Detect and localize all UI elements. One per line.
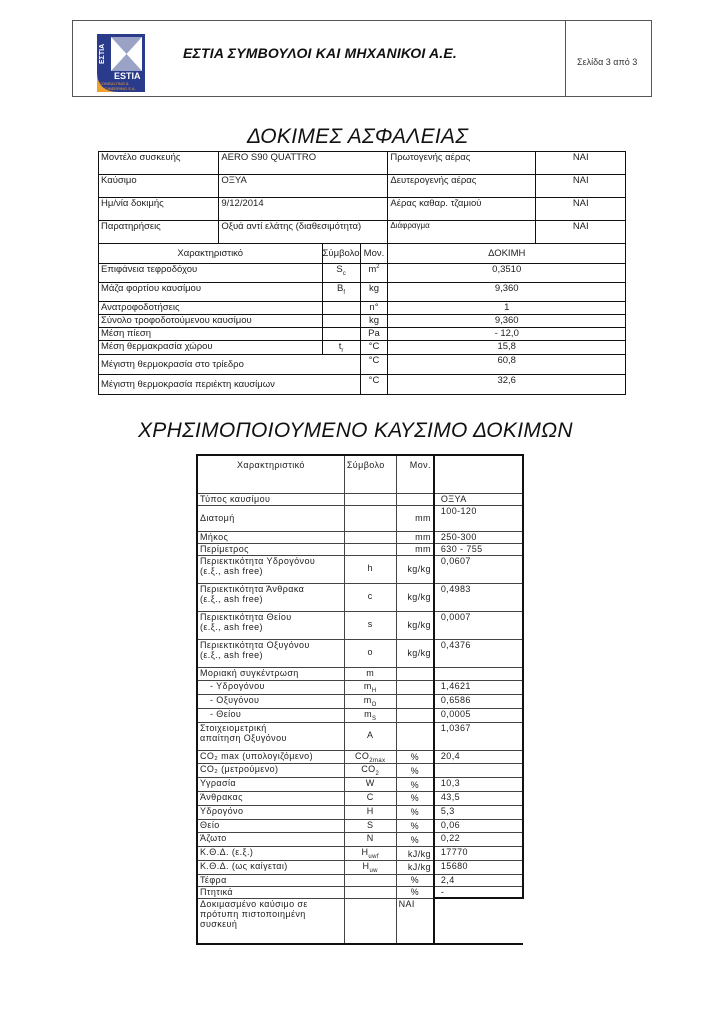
fuel-characteristic: - Υδρογόνου	[197, 681, 344, 695]
info-row: ΠαρατηρήσειςΟξυά αντί ελάτης (διαθεσιμότ…	[99, 221, 626, 244]
label-line-1: Κ.Θ.Δ. (ως καίγεται)	[200, 861, 288, 871]
fuel-unit: %	[396, 819, 434, 833]
measurement-row: Μέση θερμακρασία χώρουtr°C15,8	[99, 341, 626, 355]
fuel-unit: kg/kg	[396, 611, 434, 639]
fuel-characteristic: Άζωτο	[197, 833, 344, 847]
fuel-symbol	[344, 531, 396, 543]
symbol-text: N	[367, 833, 374, 843]
fuel-characteristic: Κ.Θ.Δ. (ε.ξ.)	[197, 847, 344, 861]
label-line-2: (ε.ξ., ash free)	[200, 622, 263, 632]
fuel-row: CO₂ (μετρούμενο)CO2%	[197, 764, 523, 778]
fuel-row: Περιεκτικότητα Οξυγόνου(ε.ξ., ash free)o…	[197, 639, 523, 667]
fuel-row: Περίμετροςmm630 - 755	[197, 543, 523, 555]
label-line-2: πρότυπη πιστοποιημένη	[200, 909, 306, 919]
fuel-row: Κ.Θ.Δ. (ε.ξ.)HuwfkJ/kg17770	[197, 847, 523, 861]
fuel-row: Διατομήmm100-120	[197, 505, 523, 531]
fuel-unit: mm	[396, 531, 434, 543]
fuel-characteristic: - Θείου	[197, 708, 344, 722]
fuel-value: 100-120	[434, 505, 523, 531]
info-value: 9/12/2014	[219, 198, 388, 221]
label-line-2: (ε.ξ., ash free)	[200, 650, 263, 660]
info-row: ΚαύσιμοΟΞΥΑΔευτερογενής αέραςΝΑΙ	[99, 175, 626, 198]
fuel-symbol	[344, 886, 396, 898]
col-unit: Μον.	[396, 455, 434, 493]
fuel-row: ΆνθρακαςC%43,5	[197, 792, 523, 806]
label-line-2: απαίτηση Οξυγόνου	[200, 733, 287, 743]
symbol-text: m	[364, 709, 372, 719]
fuel-symbol: mS	[344, 708, 396, 722]
symbol-text: c	[368, 591, 373, 601]
fuel-characteristic: Περιεκτικότητα Οξυγόνου(ε.ξ., ash free)	[197, 639, 344, 667]
label-line-1: Κ.Θ.Δ. (ε.ξ.)	[200, 847, 253, 857]
info-value-2: ΝΑΙ	[536, 221, 626, 244]
measurement-unit: °C	[360, 341, 388, 355]
symbol-text: CO	[361, 764, 375, 774]
fuel-value: 0,0005	[434, 708, 523, 722]
fuel-value: 0,6586	[434, 695, 523, 709]
symbol-sub: r	[341, 348, 343, 354]
col-symbol: Σύμβολο	[322, 244, 360, 264]
fuel-symbol: mO	[344, 695, 396, 709]
measurement-row: Σύνολο τροφοδοτούμενου καυσίμουkg9,360	[99, 315, 626, 328]
fuel-characteristic: Περιεκτικότητα Θείου(ε.ξ., ash free)	[197, 611, 344, 639]
fuel-value: 630 - 755	[434, 543, 523, 555]
fuel-value: 17770	[434, 847, 523, 861]
fuel-value: 20,4	[434, 750, 523, 764]
fuel-value: 10,3	[434, 778, 523, 792]
fuel-value: 0,0007	[434, 611, 523, 639]
info-label-2: Αέρας καθαρ. τζαμιού	[388, 198, 536, 221]
measurement-value: 15,8	[388, 341, 626, 355]
fuel-value: 1,0367	[434, 722, 523, 750]
fuel-symbol: s	[344, 611, 396, 639]
col-test: ΔΟΚΙΜΗ	[388, 244, 626, 264]
fuel-value	[434, 667, 523, 681]
measurement-symbol	[322, 328, 360, 341]
unit-text: kg	[369, 315, 379, 326]
label-line-1: Τέφρα	[200, 875, 227, 885]
fuel-characteristic: Διατομή	[197, 505, 344, 531]
measurement-value: 1	[388, 302, 626, 315]
fuel-value: 0,06	[434, 819, 523, 833]
fuel-characteristic: Μήκος	[197, 531, 344, 543]
label-line-1: Άνθρακας	[200, 792, 243, 802]
measurement-symbol: Bf	[322, 283, 360, 302]
fuel-row: Μήκοςmm250-300	[197, 531, 523, 543]
fuel-unit	[396, 695, 434, 709]
fuel-characteristic: Πτητικά	[197, 886, 344, 898]
measurement-value: - 12,0	[388, 328, 626, 341]
col-unit: Μον.	[360, 244, 388, 264]
info-row: Μοντέλο συσκευήςAERO S90 QUATTROΠρωτογεν…	[99, 152, 626, 175]
measurement-label: Μέγιστη θερμοκρασία περιέκτη καυσίμων	[99, 374, 361, 394]
symbol-sub: c	[343, 271, 346, 277]
fuel-row: ΥγρασίαW%10,3	[197, 778, 523, 792]
fuel-row: - ΘείουmS0,0005	[197, 708, 523, 722]
fuel-characteristic: CO₂ max (υπολογιζόμενο)	[197, 750, 344, 764]
page-number: Σελίδα 3 από 3	[577, 57, 637, 67]
fuel-unit: kg/kg	[396, 639, 434, 667]
fuel-symbol: S	[344, 819, 396, 833]
fuel-unit: mm	[396, 543, 434, 555]
symbol-sub: uw	[369, 868, 377, 874]
fuel-row: ΆζωτοN%0,22	[197, 833, 523, 847]
fuel-value: 250-300	[434, 531, 523, 543]
certified-symbol	[344, 898, 396, 944]
fuel-row: Τέφρα%2,4	[197, 874, 523, 886]
info-label: Καύσιμο	[99, 175, 219, 198]
fuel-characteristic: Τέφρα	[197, 874, 344, 886]
label-line-3: συσκευή	[200, 919, 237, 929]
unit-text: Pa	[368, 328, 380, 339]
fuel-symbol: CO2max	[344, 750, 396, 764]
fuel-characteristic: - Οξυγόνου	[197, 695, 344, 709]
fuel-symbol: Huw	[344, 861, 396, 875]
measurement-label: Ανατροφοδοτήσεις	[99, 302, 323, 315]
label-line-1: Υδρογόνο	[200, 806, 243, 816]
col-characteristic: Χαρακτηριστικό	[99, 244, 323, 264]
fuel-symbol: H	[344, 805, 396, 819]
fuel-characteristic: Υδρογόνο	[197, 805, 344, 819]
measurement-unit: Pa	[360, 328, 388, 341]
fuel-value: -	[434, 886, 523, 898]
fuel-value: 15680	[434, 861, 523, 875]
symbol-text: m	[364, 695, 372, 705]
fuel-unit: %	[396, 750, 434, 764]
measurement-label: Σύνολο τροφοδοτούμενου καυσίμου	[99, 315, 323, 328]
label-line-1: CO₂ max (υπολογιζόμενο)	[200, 751, 313, 761]
unit-text: n°	[369, 302, 378, 313]
test-fuel-title: ΧΡΗΣΙΜΟΠΟΙΟΥΜΕΝΟ ΚΑΥΣΙΜΟ ΔΟΚΙΜΩΝ	[138, 419, 573, 443]
safety-tests-table: Μοντέλο συσκευήςAERO S90 QUATTROΠρωτογεν…	[98, 151, 626, 395]
symbol-text: A	[367, 730, 373, 740]
measurement-unit: kg	[360, 283, 388, 302]
fuel-row: Περιεκτικότητα Θείου(ε.ξ., ash free)skg/…	[197, 611, 523, 639]
fuel-characteristic: Υγρασία	[197, 778, 344, 792]
fuel-characteristic: Άνθρακας	[197, 792, 344, 806]
unit-sup: 2	[376, 264, 379, 270]
fuel-symbol	[344, 543, 396, 555]
company-name: ΕΣΤΙΑ ΣΥΜΒΟΥΛΟΙ ΚΑΙ ΜΗΧΑΝΙΚΟΙ Α.Ε.	[183, 45, 457, 61]
symbol-text: h	[368, 563, 373, 573]
fuel-value: 5,3	[434, 805, 523, 819]
label-line-1: Δοκιμασμένο καύσιμο σε	[200, 899, 308, 909]
fuel-characteristic: Κ.Θ.Δ. (ως καίγεται)	[197, 861, 344, 875]
label-line-1: Πτητικά	[200, 887, 233, 897]
fuel-symbol	[344, 493, 396, 505]
label-line-1: - Θείου	[210, 709, 241, 719]
info-value-2: ΝΑΙ	[536, 198, 626, 221]
measurement-value: 9,360	[388, 315, 626, 328]
fuel-unit	[396, 681, 434, 695]
col-value	[434, 455, 523, 493]
fuel-characteristic: CO₂ (μετρούμενο)	[197, 764, 344, 778]
fuel-value: 0,4376	[434, 639, 523, 667]
measurement-unit: kg	[360, 315, 388, 328]
label-line-1: Περιεκτικότητα Θείου	[200, 612, 292, 622]
info-label-2: Πρωτογενής αέρας	[388, 152, 536, 175]
fuel-unit: %	[396, 805, 434, 819]
measurement-unit: °C	[360, 374, 388, 394]
fuel-value: 0,22	[434, 833, 523, 847]
fuel-symbol: CO2	[344, 764, 396, 778]
col-symbol: Σύμβολο	[344, 455, 396, 493]
measurement-row: Επιφάνεια τεφροδόχουScm20,3510	[99, 264, 626, 283]
fuel-row: ΥδρογόνοH%5,3	[197, 805, 523, 819]
fuel-characteristic: Τύπος καυσίμου	[197, 493, 344, 505]
fuel-unit: kJ/kg	[396, 861, 434, 875]
fuel-row: - ΥδρογόνουmH1,4621	[197, 681, 523, 695]
svg-text:ΕΣΤΙΑ: ΕΣΤΙΑ	[99, 44, 106, 64]
fuel-unit: %	[396, 778, 434, 792]
info-label: Ημ/νία δοκιμής	[99, 198, 219, 221]
label-line-1: - Οξυγόνου	[210, 695, 259, 705]
fuel-symbol	[344, 874, 396, 886]
fuel-characteristic: Θείο	[197, 819, 344, 833]
fuel-unit: %	[396, 833, 434, 847]
measurement-symbol: Sc	[322, 264, 360, 283]
info-value: AERO S90 QUATTRO	[219, 152, 388, 175]
measurement-value: 9,360	[388, 283, 626, 302]
info-row: Ημ/νία δοκιμής9/12/2014Αέρας καθαρ. τζαμ…	[99, 198, 626, 221]
fuel-unit: mm	[396, 505, 434, 531]
symbol-sub: f	[343, 290, 345, 296]
fuel-unit	[396, 493, 434, 505]
symbol-text: m	[366, 668, 374, 678]
fuel-unit: kg/kg	[396, 555, 434, 583]
measurement-label: Μέση θερμακρασία χώρου	[99, 341, 323, 355]
fuel-row: - ΟξυγόνουmO0,6586	[197, 695, 523, 709]
estia-logo-icon: ΕΣΤΙΑ ESTIA CONSULTING & ENGINEERING S.A…	[97, 34, 145, 92]
symbol-text: o	[368, 647, 373, 657]
fuel-value: 0,4983	[434, 583, 523, 611]
measurement-label: Μάζα φορτίου καυσίμου	[99, 283, 323, 302]
certified-row: Δοκιμασμένο καύσιμο σεπρότυπη πιστοποιημ…	[197, 898, 523, 944]
fuel-unit: %	[396, 792, 434, 806]
fuel-unit: kJ/kg	[396, 847, 434, 861]
info-value-2: ΝΑΙ	[536, 175, 626, 198]
info-label-2: Διάφραγμα	[388, 221, 536, 244]
label-line-1: Περιεκτικότητα Οξυγόνου	[200, 640, 310, 650]
info-label: Παρατηρήσεις	[99, 221, 219, 244]
label-line-1: Μοριακή συγκέντρωση	[200, 668, 299, 678]
measurement-unit: °C	[360, 354, 388, 374]
measurement-label: Επιφάνεια τεφροδόχου	[99, 264, 323, 283]
label-line-1: Περίμετρος	[200, 544, 249, 554]
measurement-row: Μέγιστη θερμοκρασία στο τρίεδρο°C60,8	[99, 354, 626, 374]
info-label-2: Δευτερογενής αέρας	[388, 175, 536, 198]
measurement-row: Μέγιστη θερμοκρασία περιέκτη καυσίμων°C3…	[99, 374, 626, 394]
fuel-value	[434, 764, 523, 778]
fuel-symbol	[344, 505, 396, 531]
measurement-label: Μέση πίεση	[99, 328, 323, 341]
test-fuel-table: ΧαρακτηριστικόΣύμβολοΜον.Τύπος καυσίμουΟ…	[196, 454, 524, 945]
fuel-characteristic: Μοριακή συγκέντρωση	[197, 667, 344, 681]
fuel-symbol: c	[344, 583, 396, 611]
measurement-label: Μέγιστη θερμοκρασία στο τρίεδρο	[99, 354, 361, 374]
label-line-1: Περιεκτικότητα Υδρογόνου	[200, 556, 315, 566]
measurement-value: 60,8	[388, 354, 626, 374]
symbol-text: m	[364, 681, 372, 691]
label-line-1: Στοιχειομετρική	[200, 723, 267, 733]
symbol-text: H	[367, 806, 374, 816]
measurement-symbol	[322, 302, 360, 315]
symbol-text: s	[368, 619, 373, 629]
info-label: Μοντέλο συσκευής	[99, 152, 219, 175]
fuel-unit: %	[396, 886, 434, 898]
fuel-unit	[396, 708, 434, 722]
symbol-sub: S	[372, 716, 376, 722]
info-value: Οξυά αντί ελάτης (διαθεσιμότητα)	[219, 221, 388, 244]
fuel-row: CO₂ max (υπολογιζόμενο)CO2max%20,4	[197, 750, 523, 764]
measurement-symbol	[322, 315, 360, 328]
label-line-1: Θείο	[200, 820, 220, 830]
unit-text: °C	[369, 341, 380, 352]
info-value-2: ΝΑΙ	[536, 152, 626, 175]
fuel-row: Τύπος καυσίμουΟΞΥΑ	[197, 493, 523, 505]
fuel-characteristic: Περιεκτικότητα Υδρογόνου(ε.ξ., ash free)	[197, 555, 344, 583]
fuel-symbol: o	[344, 639, 396, 667]
measurement-unit: n°	[360, 302, 388, 315]
fuel-row: Μοριακή συγκέντρωσηm	[197, 667, 523, 681]
fuel-row: Περιεκτικότητα Άνθρακα(ε.ξ., ash free)ck…	[197, 583, 523, 611]
label-line-1: CO₂ (μετρούμενο)	[200, 764, 278, 774]
fuel-unit	[396, 667, 434, 681]
fuel-characteristic: Περιεκτικότητα Άνθρακα(ε.ξ., ash free)	[197, 583, 344, 611]
measurement-value: 32,6	[388, 374, 626, 394]
measurement-row: Μέση πίεσηPa- 12,0	[99, 328, 626, 341]
symbol-text: C	[367, 792, 374, 802]
fuel-unit: kg/kg	[396, 583, 434, 611]
fuel-symbol: m	[344, 667, 396, 681]
fuel-characteristic: Περίμετρος	[197, 543, 344, 555]
fuel-symbol: h	[344, 555, 396, 583]
fuel-value: 43,5	[434, 792, 523, 806]
fuel-value: 1,4621	[434, 681, 523, 695]
symbol-sub: O	[372, 702, 377, 708]
header-row: ΧαρακτηριστικόΣύμβολοΜον.ΔΟΚΙΜΗ	[99, 244, 626, 264]
fuel-symbol: mH	[344, 681, 396, 695]
info-value: ΟΞΥΑ	[219, 175, 388, 198]
safety-tests-title: ΔΟΚΙΜΕΣ ΑΣΦΑΛΕΙΑΣ	[247, 125, 468, 149]
unit-text: kg	[369, 283, 379, 294]
measurement-unit: m2	[360, 264, 388, 283]
label-line-2: (ε.ξ., ash free)	[200, 594, 263, 604]
fuel-symbol: W	[344, 778, 396, 792]
fuel-row: ΘείοS%0,06	[197, 819, 523, 833]
fuel-symbol: Huwf	[344, 847, 396, 861]
label-line-1: Διατομή	[200, 513, 235, 523]
fuel-unit: %	[396, 874, 434, 886]
symbol-sub: H	[372, 688, 377, 694]
certified-label: Δοκιμασμένο καύσιμο σεπρότυπη πιστοποιημ…	[197, 898, 344, 944]
measurement-symbol: tr	[322, 341, 360, 355]
symbol-sub: uwf	[368, 854, 379, 860]
svg-text:ENGINEERING S.A.: ENGINEERING S.A.	[99, 86, 136, 91]
fuel-characteristic: Στοιχειομετρικήαπαίτηση Οξυγόνου	[197, 722, 344, 750]
fuel-value: 2,4	[434, 874, 523, 886]
fuel-unit	[396, 722, 434, 750]
symbol-text: W	[366, 778, 375, 788]
fuel-row: Κ.Θ.Δ. (ως καίγεται)HuwkJ/kg15680	[197, 861, 523, 875]
fuel-symbol: A	[344, 722, 396, 750]
fuel-symbol: C	[344, 792, 396, 806]
fuel-value: ΟΞΥΑ	[434, 493, 523, 505]
label-line-1: Υγρασία	[200, 778, 236, 788]
symbol-text: S	[367, 820, 373, 830]
fuel-value: 0,0607	[434, 555, 523, 583]
label-line-1: Άζωτο	[200, 833, 227, 843]
label-line-2: (ε.ξ., ash free)	[200, 566, 263, 576]
measurement-row: Μάζα φορτίου καυσίμουBfkg9,360	[99, 283, 626, 302]
fuel-symbol: N	[344, 833, 396, 847]
fuel-unit: %	[396, 764, 434, 778]
page-header: ΕΣΤΙΑ ESTIA CONSULTING & ENGINEERING S.A…	[72, 20, 652, 97]
measurement-row: Ανατροφοδοτήσειςn°1	[99, 302, 626, 315]
svg-text:ESTIA: ESTIA	[114, 71, 141, 81]
label-line-1: Τύπος καυσίμου	[200, 494, 270, 504]
header-row: ΧαρακτηριστικόΣύμβολοΜον.	[197, 455, 523, 493]
col-characteristic: Χαρακτηριστικό	[197, 455, 344, 493]
fuel-row: Περιεκτικότητα Υδρογόνου(ε.ξ., ash free)…	[197, 555, 523, 583]
measurement-value: 0,3510	[388, 264, 626, 283]
symbol-sub: 2	[376, 771, 380, 777]
symbol-sub: 2max	[369, 757, 385, 763]
fuel-row: Πτητικά%-	[197, 886, 523, 898]
label-line-1: Μήκος	[200, 532, 228, 542]
label-line-1: - Υδρογόνου	[210, 681, 265, 691]
fuel-row: Στοιχειομετρικήαπαίτηση ΟξυγόνουA1,0367	[197, 722, 523, 750]
certified-empty	[434, 898, 523, 944]
certified-value: ΝΑΙ	[396, 898, 434, 944]
symbol-text: CO	[355, 751, 369, 761]
label-line-1: Περιεκτικότητα Άνθρακα	[200, 584, 304, 594]
